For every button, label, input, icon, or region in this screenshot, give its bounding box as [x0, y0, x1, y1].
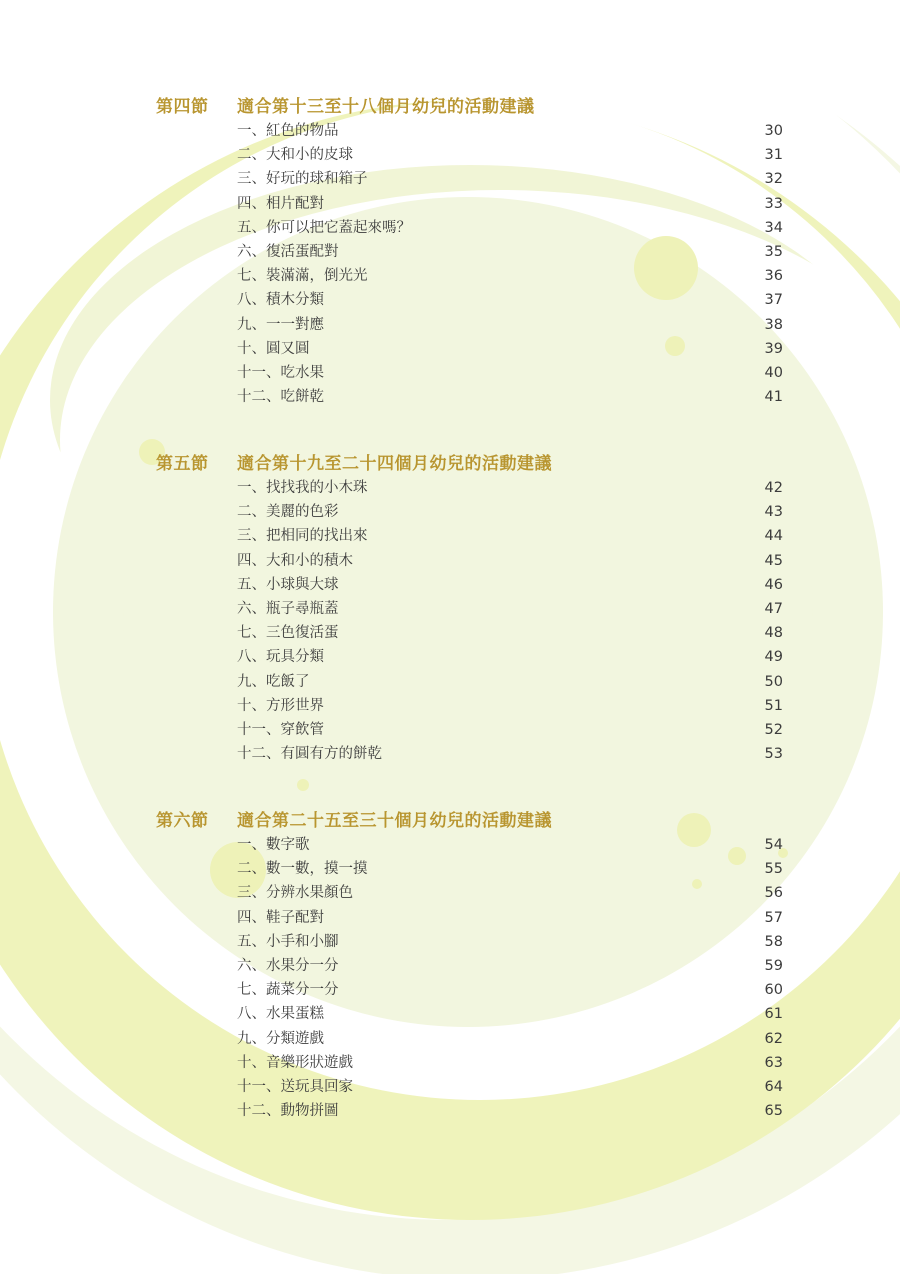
entry-title: 十一、穿飲管: [237, 720, 324, 740]
entry-title: 二、大和小的皮球: [237, 145, 353, 165]
toc-entry[interactable]: 二、美麗的色彩43: [0, 502, 900, 526]
entry-title: 十、圓又圓: [237, 339, 310, 359]
page-number: 30: [765, 121, 783, 141]
toc-entry[interactable]: 十二、有圓有方的餅乾53: [0, 744, 900, 768]
toc-entry[interactable]: 八、積木分類37: [0, 290, 900, 314]
entry-title: 六、瓶子尋瓶蓋: [237, 599, 339, 619]
toc-entry[interactable]: 六、復活蛋配對35: [0, 242, 900, 266]
page-number: 39: [765, 339, 783, 359]
page-number: 62: [765, 1029, 783, 1049]
entry-title: 十二、有圓有方的餅乾: [237, 744, 382, 764]
entry-title: 七、三色復活蛋: [237, 623, 339, 643]
page-number: 46: [765, 575, 783, 595]
page-number: 43: [765, 502, 783, 522]
entry-list: 一、找找我的小木珠42 二、美麗的色彩43 三、把相同的找出來44 四、大和小的…: [0, 478, 900, 768]
entry-title: 四、相片配對: [237, 194, 324, 214]
entry-title: 八、玩具分類: [237, 647, 324, 667]
page-number: 58: [765, 932, 783, 952]
section-title: 適合第十三至十八個月幼兒的活動建議: [237, 92, 535, 117]
toc-entry[interactable]: 十二、吃餅乾41: [0, 387, 900, 411]
page-number: 51: [765, 696, 783, 716]
entry-title: 七、蔬菜分一分: [237, 980, 339, 1000]
page-number: 48: [765, 623, 783, 643]
toc-entry[interactable]: 十、圓又圓39: [0, 339, 900, 363]
page-number: 40: [765, 363, 783, 383]
toc-entry[interactable]: 三、把相同的找出來44: [0, 526, 900, 550]
entry-title: 二、美麗的色彩: [237, 502, 339, 522]
entry-title: 十一、送玩具回家: [237, 1077, 353, 1097]
entry-title: 四、大和小的積木: [237, 551, 353, 571]
entry-title: 二、數一數，摸一摸: [237, 859, 368, 879]
entry-title: 一、紅色的物品: [237, 121, 339, 141]
entry-title: 九、吃飯了: [237, 672, 310, 692]
toc-entry[interactable]: 三、好玩的球和箱子32: [0, 169, 900, 193]
page-number: 34: [765, 218, 783, 238]
entry-title: 八、積木分類: [237, 290, 324, 310]
toc-entry[interactable]: 九、一一對應38: [0, 315, 900, 339]
page-number: 53: [765, 744, 783, 764]
toc-entry[interactable]: 四、鞋子配對57: [0, 908, 900, 932]
page-number: 63: [765, 1053, 783, 1073]
toc-entry[interactable]: 七、三色復活蛋48: [0, 623, 900, 647]
entry-list: 一、數字歌54 二、數一數，摸一摸55 三、分辨水果顏色56 四、鞋子配對57 …: [0, 835, 900, 1125]
entry-list: 一、紅色的物品30 二、大和小的皮球31 三、好玩的球和箱子32 四、相片配對3…: [0, 121, 900, 411]
page-number: 44: [765, 526, 783, 546]
page-number: 37: [765, 290, 783, 310]
entry-title: 四、鞋子配對: [237, 908, 324, 928]
toc-entry[interactable]: 十一、送玩具回家64: [0, 1077, 900, 1101]
page-number: 38: [765, 315, 783, 335]
page-number: 64: [765, 1077, 783, 1097]
entry-title: 十、方形世界: [237, 696, 324, 716]
page-number: 33: [765, 194, 783, 214]
toc-entry[interactable]: 十一、穿飲管52: [0, 720, 900, 744]
page-number: 36: [765, 266, 783, 286]
page-number: 61: [765, 1004, 783, 1024]
page-number: 56: [765, 883, 783, 903]
toc-entry[interactable]: 六、水果分一分59: [0, 956, 900, 980]
toc-entry[interactable]: 七、蔬菜分一分60: [0, 980, 900, 1004]
toc-entry[interactable]: 七、裝滿滿，倒光光36: [0, 266, 900, 290]
toc-entry[interactable]: 八、水果蛋糕61: [0, 1004, 900, 1028]
page-number: 59: [765, 956, 783, 976]
toc-entry[interactable]: 十一、吃水果40: [0, 363, 900, 387]
entry-title: 七、裝滿滿，倒光光: [237, 266, 368, 286]
toc-entry[interactable]: 九、吃飯了50: [0, 672, 900, 696]
entry-title: 三、把相同的找出來: [237, 526, 368, 546]
entry-title: 三、好玩的球和箱子: [237, 169, 368, 189]
page-number: 31: [765, 145, 783, 165]
page-number: 54: [765, 835, 783, 855]
toc-entry[interactable]: 一、數字歌54: [0, 835, 900, 859]
page-number: 49: [765, 647, 783, 667]
page-number: 42: [765, 478, 783, 498]
toc-entry[interactable]: 十、音樂形狀遊戲63: [0, 1053, 900, 1077]
entry-title: 六、水果分一分: [237, 956, 339, 976]
page-number: 50: [765, 672, 783, 692]
entry-title: 五、你可以把它蓋起來嗎？: [237, 218, 411, 238]
section-title: 適合第十九至二十四個月幼兒的活動建議: [237, 449, 552, 474]
section-label: 第四節: [156, 92, 209, 117]
entry-title: 十一、吃水果: [237, 363, 324, 383]
toc-entry[interactable]: 十、方形世界51: [0, 696, 900, 720]
entry-title: 八、水果蛋糕: [237, 1004, 324, 1024]
section-label: 第六節: [156, 806, 209, 831]
page-number: 35: [765, 242, 783, 262]
toc-entry[interactable]: 五、你可以把它蓋起來嗎？34: [0, 218, 900, 242]
entry-title: 六、復活蛋配對: [237, 242, 339, 262]
entry-title: 十二、動物拼圖: [237, 1101, 339, 1121]
toc-entry[interactable]: 五、小手和小腳58: [0, 932, 900, 956]
page-number: 47: [765, 599, 783, 619]
page-number: 57: [765, 908, 783, 928]
entry-title: 九、一一對應: [237, 315, 324, 335]
entry-title: 五、小手和小腳: [237, 932, 339, 952]
toc-entry[interactable]: 三、分辨水果顏色56: [0, 883, 900, 907]
page-number: 60: [765, 980, 783, 1000]
toc-entry[interactable]: 四、大和小的積木45: [0, 551, 900, 575]
bubble: [297, 779, 309, 791]
entry-title: 九、分類遊戲: [237, 1029, 324, 1049]
page-number: 52: [765, 720, 783, 740]
page-number: 55: [765, 859, 783, 879]
entry-title: 五、小球與大球: [237, 575, 339, 595]
toc-entry[interactable]: 四、相片配對33: [0, 194, 900, 218]
page-number: 41: [765, 387, 783, 407]
toc-entry[interactable]: 八、玩具分類49: [0, 647, 900, 671]
page-number: 65: [765, 1101, 783, 1121]
entry-title: 十二、吃餅乾: [237, 387, 324, 407]
toc-entry[interactable]: 五、小球與大球46: [0, 575, 900, 599]
toc-entry[interactable]: 一、紅色的物品30: [0, 121, 900, 145]
page-number: 45: [765, 551, 783, 571]
section-label: 第五節: [156, 449, 209, 474]
toc-entry[interactable]: 十二、動物拼圖65: [0, 1101, 900, 1125]
toc-entry[interactable]: 二、數一數，摸一摸55: [0, 859, 900, 883]
section-title: 適合第二十五至三十個月幼兒的活動建議: [237, 806, 552, 831]
toc-entry[interactable]: 六、瓶子尋瓶蓋47: [0, 599, 900, 623]
entry-title: 十、音樂形狀遊戲: [237, 1053, 353, 1073]
entry-title: 三、分辨水果顏色: [237, 883, 353, 903]
entry-title: 一、數字歌: [237, 835, 310, 855]
toc-entry[interactable]: 一、找找我的小木珠42: [0, 478, 900, 502]
toc-entry[interactable]: 二、大和小的皮球31: [0, 145, 900, 169]
page-number: 32: [765, 169, 783, 189]
entry-title: 一、找找我的小木珠: [237, 478, 368, 498]
toc-entry[interactable]: 九、分類遊戲62: [0, 1029, 900, 1053]
